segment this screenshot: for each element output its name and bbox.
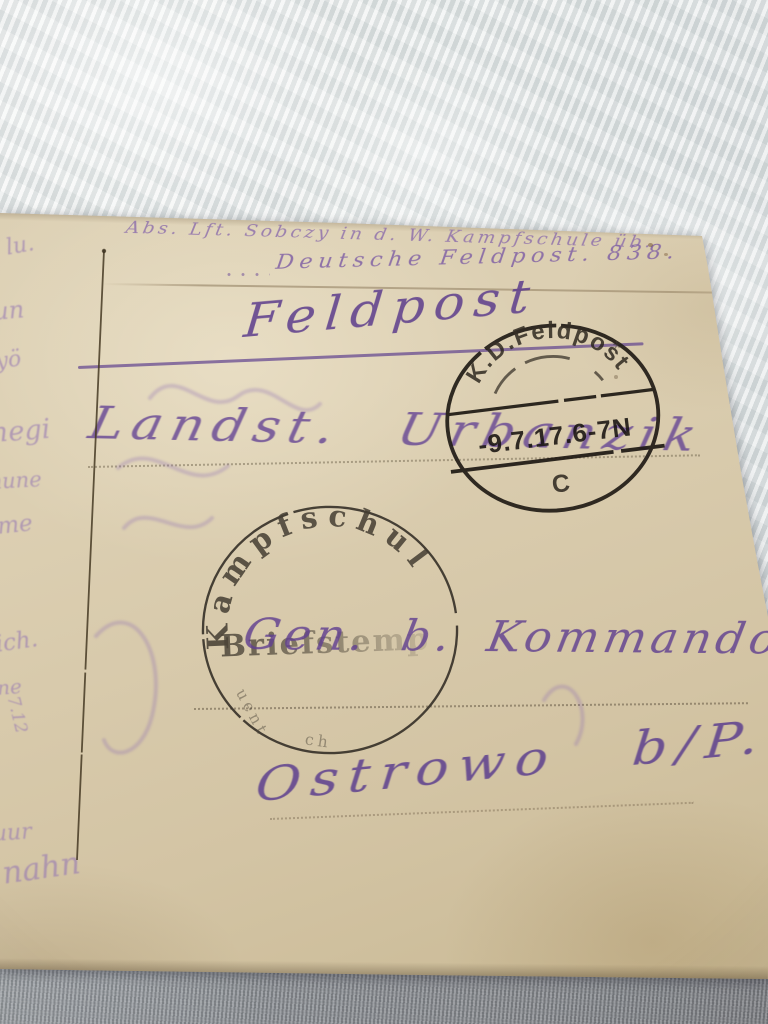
postmark-letter: C — [550, 470, 571, 499]
feldpost-postmark: K.D.Feldpost -9.7.17.6-7N C * — [426, 307, 681, 534]
postcard: Abs. Lft. Sobczy in d. W. Kampfschule üb… — [0, 0, 768, 1024]
paper-speck — [648, 243, 653, 247]
divider-line — [77, 250, 104, 860]
paper-stain — [0, 0, 34, 26]
paper-stain — [0, 26, 60, 66]
message-fragment: uur — [0, 819, 33, 847]
sender-line-2: Deutsche Feldpost. 838. — [274, 239, 681, 274]
paper-speck — [664, 253, 668, 256]
message-fragment: un — [0, 295, 25, 326]
unit-stamp-bottom-arc-left: uent — [232, 685, 273, 740]
card-bottom-edge-shade — [0, 958, 768, 982]
ink-dots — [222, 272, 270, 277]
postmark-side-mark: * — [612, 337, 623, 361]
divider-line-start-dot — [102, 249, 106, 253]
message-fragment: nahn — [0, 845, 83, 892]
paper-speck — [614, 375, 618, 379]
photo-of-feldpost-postcard: Abs. Lft. Sobczy in d. W. Kampfschule üb… — [0, 0, 768, 1024]
address-line-2: Gen. b. Kommando — [240, 610, 768, 664]
message-fragment: nune — [0, 467, 42, 494]
postcard-shadow-wrapper: Abs. Lft. Sobczy in d. W. Kampfschule üb… — [0, 0, 768, 1024]
message-fragment: yö — [0, 346, 23, 374]
message-fragment: hegi — [0, 414, 51, 449]
message-fragment: me — [0, 510, 34, 540]
message-fragment: 7.12 — [3, 694, 32, 736]
unit-stamp-bottom-arc-right: ch — [304, 729, 333, 752]
postmark-upper-bar — [447, 389, 655, 415]
message-fragment: lu. — [4, 231, 36, 261]
message-fragment: ich. — [0, 626, 40, 658]
